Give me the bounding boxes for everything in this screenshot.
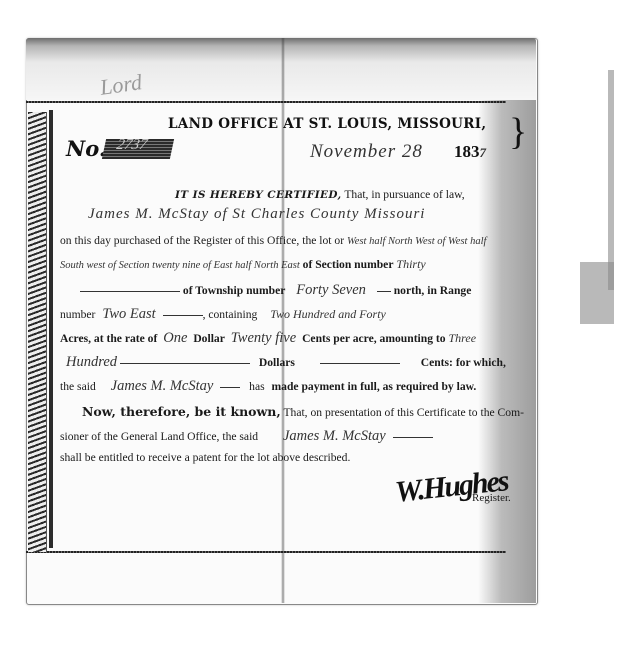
payment-tail: made payment in full, as required by law… (272, 380, 477, 393)
purchased-printed: on this day purchased of the Register of… (60, 234, 344, 247)
range-line: number Two East , containing Two Hundred… (60, 306, 386, 323)
blank-dash (393, 437, 433, 438)
dollar-label: Dollar (193, 332, 225, 345)
decorative-left-border (28, 112, 47, 552)
scan-artifact (580, 262, 614, 324)
rate-dollars: One (163, 330, 187, 346)
year: 1837 (454, 142, 486, 162)
rate-cents: Twenty five (231, 330, 296, 346)
township-number: Forty Seven (296, 282, 366, 298)
register-label: Register. (472, 492, 511, 504)
blank-dash (163, 315, 203, 316)
patentee-name: James M. McStay (283, 428, 386, 444)
number-label: No. (66, 136, 106, 161)
range-label: number (60, 308, 95, 321)
section-number: Thirty (396, 257, 425, 271)
acres-value: Two Hundred and Forty (270, 307, 386, 321)
dollars-label: Dollars (259, 356, 295, 369)
range-value: Two East (102, 306, 155, 322)
township-label: of Township number (183, 284, 285, 297)
blank-dash (80, 291, 180, 292)
office-header: LAND OFFICE AT ST. LOUIS, MISSOURI, (168, 116, 486, 132)
lot-description-2: South west of Section twenty nine of Eas… (60, 260, 300, 271)
rate-line: Acres, at the rate of One Dollar Twenty … (60, 330, 476, 347)
lot-description-1: West half North West of West half (347, 236, 486, 247)
known-line: Now, therefore, be it known, That, on pr… (82, 404, 524, 419)
amount-part-2: Hundred (66, 354, 117, 370)
blank-dash (377, 291, 391, 292)
section-line: South west of Section twenty nine of Eas… (60, 257, 426, 272)
payer-name: James M. McStay (111, 378, 214, 394)
closing-line: shall be entitled to receive a patent fo… (60, 451, 350, 464)
dollars-line: Hundred Dollars Cents: for which, (66, 354, 506, 371)
date-handwritten: November 28 (310, 141, 423, 163)
blank-dash (320, 363, 400, 364)
commissioner-line: sioner of the General Land Office, the s… (60, 428, 433, 445)
scan-shadow (478, 100, 536, 603)
purchaser-line: James M. McStay of St Charles County Mis… (88, 206, 425, 223)
the-said-label: the said (60, 380, 96, 393)
scan-artifact (608, 70, 614, 290)
year-printed: 183 (454, 142, 480, 161)
blank-dash (120, 363, 250, 364)
certified-heading: IT IS HEREBY CERTIFIED, (175, 189, 342, 201)
township-line: of Township number Forty Seven north, in… (80, 282, 471, 299)
left-border-bar (49, 110, 53, 548)
north-label: north, in Range (394, 284, 472, 297)
amount-part-1: Three (449, 331, 477, 345)
known-tail: That, on presentation of this Certificat… (283, 406, 524, 419)
top-border-rule (26, 101, 506, 103)
containing-label: , containing (203, 308, 258, 321)
certified-line: IT IS HEREBY CERTIFIED, That, in pursuan… (175, 188, 465, 201)
certificate-number-stamp: 2737 (102, 139, 174, 159)
cents-for-which-label: Cents: for which, (421, 356, 506, 369)
year-handwritten: 7 (480, 145, 487, 160)
cents-per-acre-label: Cents per acre, amounting to (302, 332, 446, 345)
certified-tail: That, in pursuance of law, (344, 188, 464, 201)
blank-dash (220, 387, 240, 388)
certificate-number: 2737 (115, 137, 149, 154)
section-label: of Section number (303, 258, 394, 271)
acres-label: Acres, at the rate of (60, 332, 157, 345)
brace-icon: } (509, 113, 527, 151)
commissioner-text: sioner of the General Land Office, the s… (60, 430, 258, 443)
purchased-line: on this day purchased of the Register of… (60, 234, 486, 247)
known-heading: Now, therefore, be it known, (82, 404, 281, 419)
payment-line: the said James M. McStay has made paymen… (60, 378, 476, 395)
bottom-border-rule (26, 551, 506, 553)
has-label: has (249, 380, 264, 393)
